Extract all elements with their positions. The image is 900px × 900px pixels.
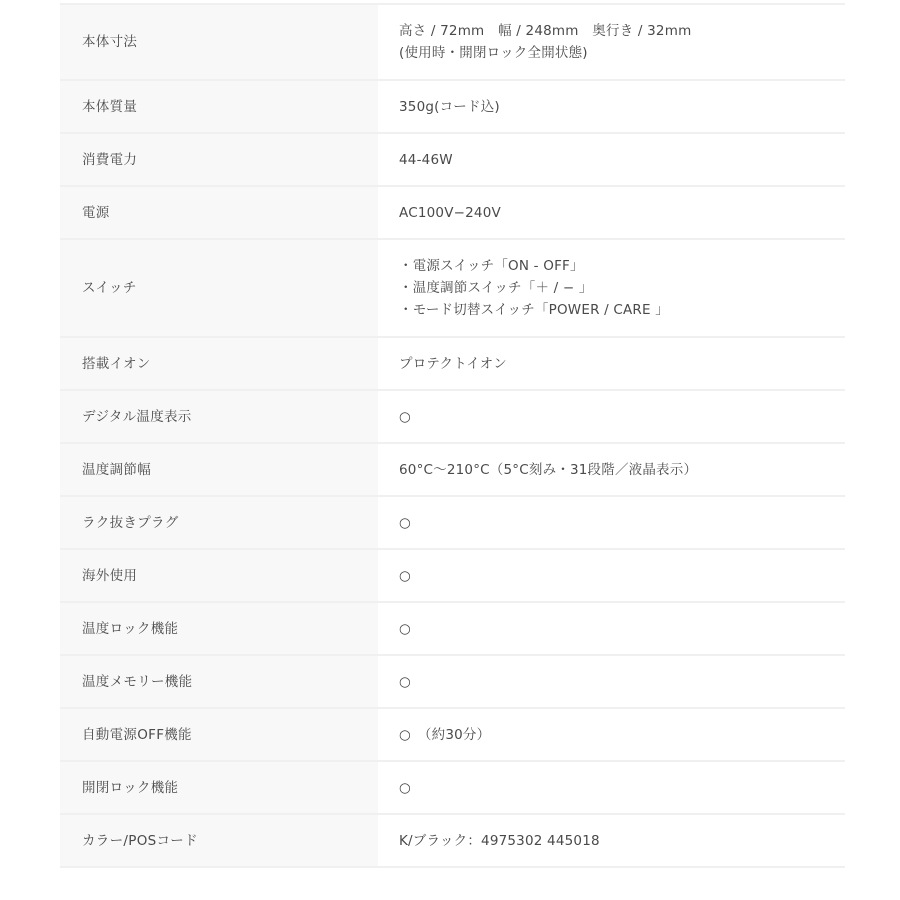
spec-row-temp-range: 温度調節幅 60°C〜210°C（5°C刻み・31段階／液晶表示） xyxy=(60,443,845,496)
spec-row-auto-power-off: 自動電源OFF機能 ○ （約30分） xyxy=(60,708,845,761)
spec-value: 60°C〜210°C（5°C刻み・31段階／液晶表示） xyxy=(378,443,845,496)
spec-row-digital-temp-display: デジタル温度表示 ○ xyxy=(60,390,845,443)
circle-mark-icon: ○ xyxy=(399,406,845,428)
spec-label: スイッチ xyxy=(60,239,378,337)
spec-row-power-consumption: 消費電力 44-46W xyxy=(60,133,845,186)
spec-value: ○ xyxy=(378,655,845,708)
spec-value-line: ○ （約30分） xyxy=(399,724,845,746)
spec-row-temp-lock: 温度ロック機能 ○ xyxy=(60,602,845,655)
spec-value: ○ xyxy=(378,390,845,443)
circle-mark-icon: ○ xyxy=(399,565,845,587)
spec-value-line: K/ブラック：4975302 445018 xyxy=(399,830,845,852)
spec-value-line: AC100V−240V xyxy=(399,202,845,224)
spec-value: ○ xyxy=(378,602,845,655)
spec-value-line: ・電源スイッチ「ON - OFF」 xyxy=(399,255,845,277)
spec-value: ○ xyxy=(378,496,845,549)
spec-label: デジタル温度表示 xyxy=(60,390,378,443)
spec-row-open-close-lock: 開閉ロック機能 ○ xyxy=(60,761,845,814)
spec-value: AC100V−240V xyxy=(378,186,845,239)
spec-label: 搭載イオン xyxy=(60,337,378,390)
spec-row-dimensions: 本体寸法 高さ / 72mm 幅 / 248mm 奥行き / 32mm (使用時… xyxy=(60,4,845,80)
spec-value: プロテクトイオン xyxy=(378,337,845,390)
spec-label: 自動電源OFF機能 xyxy=(60,708,378,761)
spec-value-line: 44-46W xyxy=(399,149,845,171)
spec-value: ○ （約30分） xyxy=(378,708,845,761)
spec-row-overseas-use: 海外使用 ○ xyxy=(60,549,845,602)
spec-label: 温度メモリー機能 xyxy=(60,655,378,708)
spec-value: 44-46W xyxy=(378,133,845,186)
spec-value-line: ・温度調節スイッチ「＋ / − 」 xyxy=(399,277,845,299)
circle-mark-icon: ○ xyxy=(399,618,845,640)
spec-label: 本体質量 xyxy=(60,80,378,133)
spec-label: 本体寸法 xyxy=(60,4,378,80)
spec-value-line: プロテクトイオン xyxy=(399,353,845,375)
circle-mark-icon: ○ xyxy=(399,671,845,693)
circle-mark-icon: ○ xyxy=(399,777,845,799)
spec-label: 開閉ロック機能 xyxy=(60,761,378,814)
spec-label: 海外使用 xyxy=(60,549,378,602)
spec-value-line: (使用時・開閉ロック全開状態) xyxy=(399,42,845,64)
spec-value-line: 60°C〜210°C（5°C刻み・31段階／液晶表示） xyxy=(399,459,845,481)
spec-label: 電源 xyxy=(60,186,378,239)
spec-label: ラク抜きプラグ xyxy=(60,496,378,549)
spec-label: 消費電力 xyxy=(60,133,378,186)
spec-row-power-source: 電源 AC100V−240V xyxy=(60,186,845,239)
spec-value: ○ xyxy=(378,549,845,602)
spec-row-switch: スイッチ ・電源スイッチ「ON - OFF」 ・温度調節スイッチ「＋ / − 」… xyxy=(60,239,845,337)
spec-label: 温度ロック機能 xyxy=(60,602,378,655)
spec-label: 温度調節幅 xyxy=(60,443,378,496)
spec-value: K/ブラック：4975302 445018 xyxy=(378,814,845,867)
spec-value: 高さ / 72mm 幅 / 248mm 奥行き / 32mm (使用時・開閉ロッ… xyxy=(378,4,845,80)
spec-label: カラー/POSコード xyxy=(60,814,378,867)
spec-row-color-pos-code: カラー/POSコード K/ブラック：4975302 445018 xyxy=(60,814,845,867)
spec-value: 350g(コード込) xyxy=(378,80,845,133)
spec-value-line: 350g(コード込) xyxy=(399,96,845,118)
circle-mark-icon: ○ xyxy=(399,512,845,534)
spec-row-weight: 本体質量 350g(コード込) xyxy=(60,80,845,133)
spec-row-temp-memory: 温度メモリー機能 ○ xyxy=(60,655,845,708)
spec-row-ion: 搭載イオン プロテクトイオン xyxy=(60,337,845,390)
spec-table: 本体寸法 高さ / 72mm 幅 / 248mm 奥行き / 32mm (使用時… xyxy=(60,3,845,868)
spec-value: ○ xyxy=(378,761,845,814)
spec-value: ・電源スイッチ「ON - OFF」 ・温度調節スイッチ「＋ / − 」 ・モード… xyxy=(378,239,845,337)
spec-value-line: 高さ / 72mm 幅 / 248mm 奥行き / 32mm xyxy=(399,20,845,42)
spec-value-line: ・モード切替スイッチ「POWER / CARE 」 xyxy=(399,299,845,321)
spec-row-easy-plug: ラク抜きプラグ ○ xyxy=(60,496,845,549)
